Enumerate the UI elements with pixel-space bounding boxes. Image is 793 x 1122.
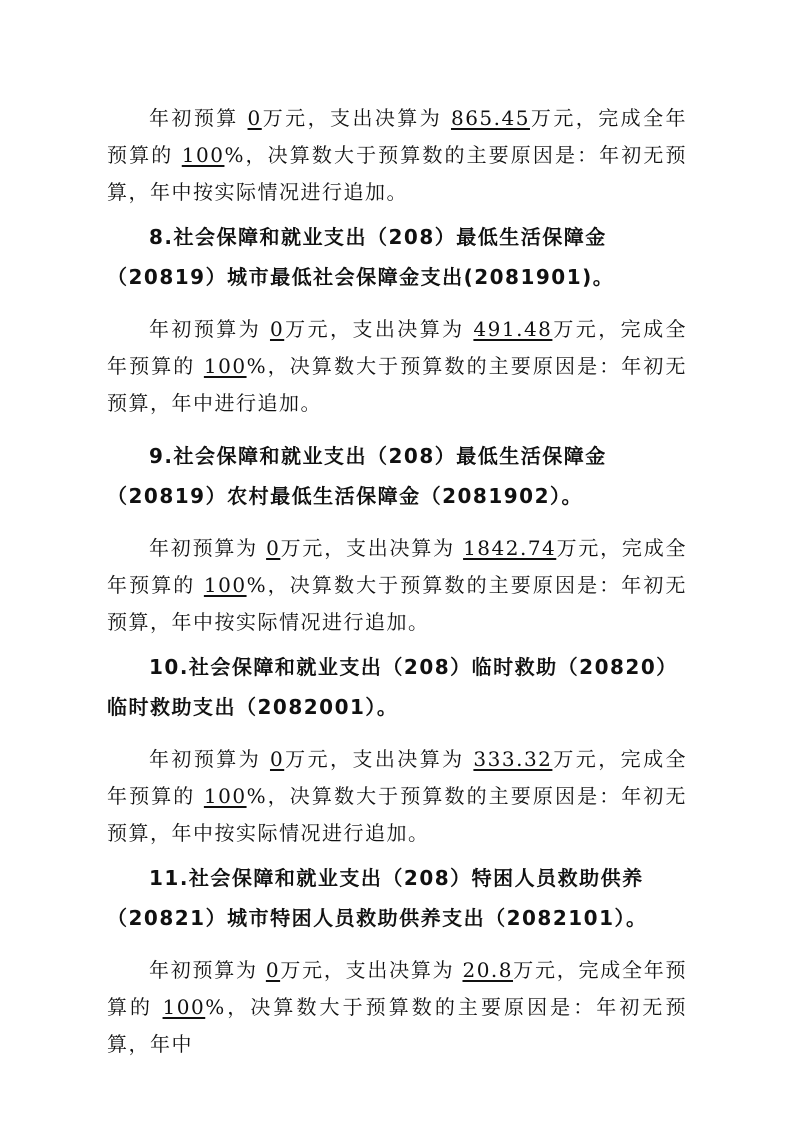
initial-budget-value: 0 [270,317,284,341]
section-heading-11: 11.社会保障和就业支出（208）特困人员救助供养（20821）城市特困人员救助… [107,858,687,938]
completion-percent: 100 [163,995,206,1019]
completion-percent: 100 [204,784,247,808]
document-page: 年初预算 0万元，支出决算为 865.45万元，完成全年预算的 100%，决算数… [107,100,687,1063]
completion-percent: 100 [204,573,247,597]
initial-budget-value: 0 [266,536,280,560]
budget-paragraph: 年初预算为 0万元，支出决算为 20.8万元，完成全年预算的 100%，决算数大… [107,952,687,1063]
budget-paragraph: 年初预算 0万元，支出决算为 865.45万元，完成全年预算的 100%，决算数… [107,100,687,211]
final-account-value: 491.48 [473,317,552,341]
initial-budget-value: 0 [248,106,262,130]
text: 年初预算为 [149,958,266,982]
final-account-value: 20.8 [462,958,513,982]
text: 万元，支出决算为 [284,317,473,341]
text: 年初预算为 [149,317,270,341]
text: 万元，支出决算为 [280,958,462,982]
text: 万元，支出决算为 [280,536,463,560]
text: 万元，支出决算为 [262,106,451,130]
completion-percent: 100 [204,354,247,378]
final-account-value: 333.32 [473,747,552,771]
text: 年初预算为 [149,536,266,560]
final-account-value: 865.45 [451,106,530,130]
section-heading-8: 8.社会保障和就业支出（208）最低生活保障金（20819）城市最低社会保障金支… [107,217,687,297]
budget-paragraph: 年初预算为 0万元，支出决算为 333.32万元，完成全年预算的 100%，决算… [107,741,687,852]
budget-paragraph: 年初预算为 0万元，支出决算为 491.48万元，完成全年预算的 100%，决算… [107,311,687,422]
initial-budget-value: 0 [266,958,280,982]
text: 年初预算 [149,106,248,130]
completion-percent: 100 [182,143,225,167]
initial-budget-value: 0 [270,747,284,771]
budget-paragraph: 年初预算为 0万元，支出决算为 1842.74万元，完成全年预算的 100%，决… [107,530,687,641]
section-heading-9: 9.社会保障和就业支出（208）最低生活保障金（20819）农村最低生活保障金（… [107,436,687,516]
text: 万元，支出决算为 [284,747,473,771]
final-account-value: 1842.74 [463,536,556,560]
section-heading-10: 10.社会保障和就业支出（208）临时救助（20820）临时救助支出（20820… [107,647,687,727]
text: 年初预算为 [149,747,270,771]
